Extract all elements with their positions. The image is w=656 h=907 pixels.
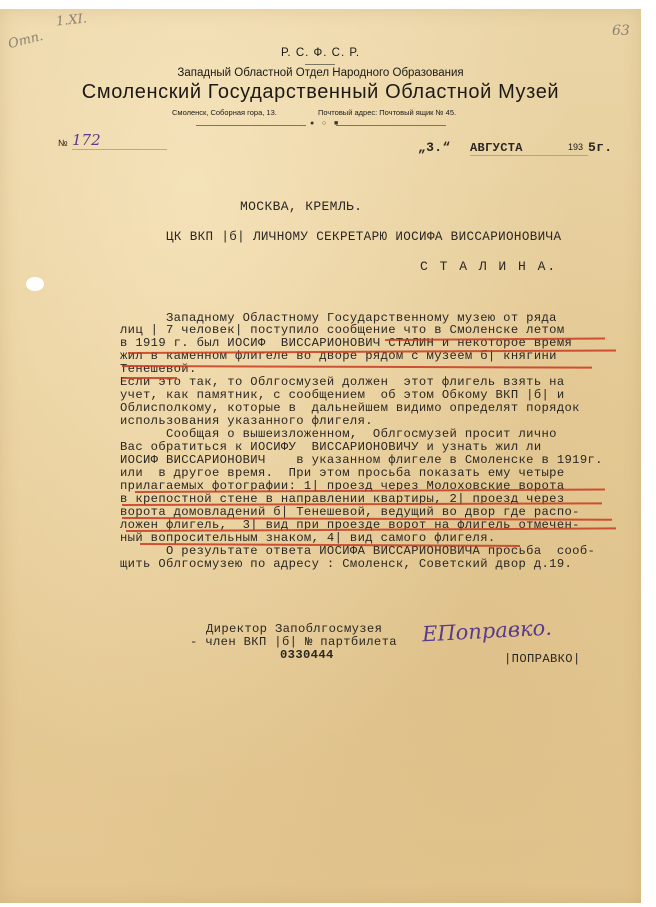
body-line: ИОСИФ ВИССАРИОНОВИЧ в указанном флигеле …	[120, 453, 603, 467]
date-day: „3.“	[418, 140, 451, 155]
body-line: Если это так, то Облгосмузей должен этот…	[120, 375, 565, 389]
addressee-location: МОСКВА, КРЕМЛЬ.	[240, 199, 362, 214]
body-line: Вас обратиться к ИОСИФУ ВИССАРИОНОВИЧУ и…	[120, 440, 542, 454]
number-label: №	[58, 138, 68, 148]
pencil-note-date: 1.XI.	[55, 11, 87, 29]
body-line: Облисполкому, которые в дальнейшем видим…	[120, 401, 580, 415]
letterhead-address: Смоленск, Соборная гора, 13.	[172, 108, 277, 117]
handwritten-signature: ЕПоправко.	[421, 616, 552, 647]
addressee-surname: С Т А Л И Н А.	[420, 259, 557, 274]
letterhead-postal: Почтовый адрес: Почтовый ящик № 45.	[318, 108, 456, 117]
document-number: 172	[72, 131, 101, 149]
letterhead-rule-right	[336, 125, 446, 126]
red-underline	[122, 377, 177, 379]
letterhead-republic: Р. С. Ф. С. Р.	[0, 47, 641, 59]
body-line: или в другое время. При этом просьба пок…	[120, 466, 565, 480]
typed-signatory-name: |ПОПРАВКО|	[504, 652, 581, 666]
signatory-party: - член ВКП |б| № партбилета	[190, 635, 397, 649]
party-card-number: 0330444	[280, 648, 334, 662]
body-line: использования указанного флигеля.	[120, 414, 373, 428]
body-line: Сообщая о вышеизложенном, Облгосмузей пр…	[120, 427, 557, 441]
letterhead-small-rule	[305, 64, 335, 65]
addressee-recipient: ЦК ВКП |б| ЛИЧНОМУ СЕКРЕТАРЮ ИОСИФА ВИСС…	[166, 230, 561, 244]
body-line: лиц | 7 человек| поступило сообщение что…	[120, 323, 565, 337]
date-month: АВГУСТА	[470, 141, 523, 155]
letterhead-institution: Смоленский Государственный Областной Муз…	[0, 81, 641, 104]
number-rule	[72, 149, 167, 150]
date-rule	[470, 155, 588, 156]
body-line: О результате ответа ИОСИФА ВИССАРИОНОВИЧ…	[120, 544, 595, 558]
punch-hole	[26, 277, 44, 291]
page-number: 63	[612, 23, 630, 39]
date-year-prefix: 193	[568, 142, 583, 152]
document-page: Отп. 1.XI. 63 Р. С. Ф. С. Р. Западный Об…	[0, 9, 641, 903]
date-year-suffix: 5г.	[588, 140, 612, 155]
letterhead-rule-left	[196, 125, 306, 126]
body-line: учет, как памятник, с сообщением об этом…	[120, 388, 565, 402]
letterhead-department: Западный Областной Отдел Народного Образ…	[0, 67, 641, 79]
signatory-title: Директор Запоблгосмузея	[206, 622, 382, 636]
body-line: щить Облгосмузею по адресу : Смоленск, С…	[120, 557, 572, 571]
